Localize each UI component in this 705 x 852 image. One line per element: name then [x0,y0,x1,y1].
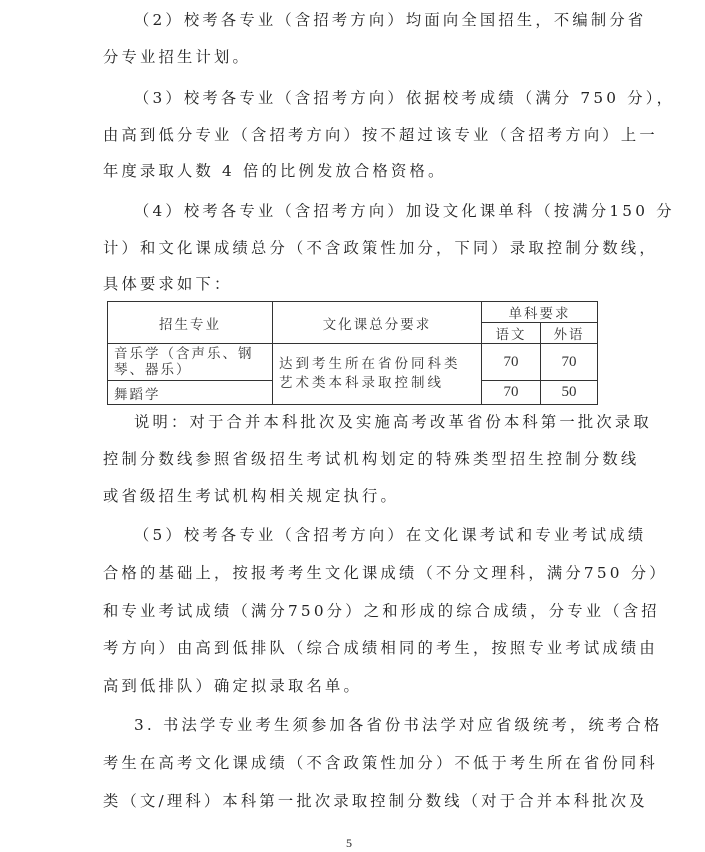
text-line: 计）和文化课成绩总分（不含政策性加分，下同）录取控制分数线， [103,238,603,258]
header-chinese: 语文 [482,323,541,344]
header-foreign: 外语 [541,323,598,344]
text-line: 类（文/理科）本科第一批次录取控制分数线（对于合并本科批次及 [103,791,603,811]
text-line: （3）校考各专业（含招考方向）依据校考成绩（满分 750 分）， [134,88,634,108]
row-foreign: 70 [541,344,598,381]
requirements-table: 招生专业 文化课总分要求 单科要求 语文 外语 音乐学（含声乐、钢琴、器乐） 达… [107,301,598,405]
row-major: 舞蹈学 [108,381,273,405]
text-line: 具体要求如下： [103,274,603,294]
text-line: 3. 书法学专业考生须参加各省份书法学对应省级统考，统考合格 [134,715,634,735]
text-line: （2）校考各专业（含招考方向）均面向全国招生，不编制分省 [134,10,634,30]
text-line: 控制分数线参照省级招生考试机构划定的特殊类型招生控制分数线 [103,449,603,469]
header-single: 单科要求 [482,302,598,323]
text-line: 或省级招生考试机构相关规定执行。 [103,486,603,506]
text-line: 高到低排队）确定拟录取名单。 [103,676,603,696]
total-requirement: 达到考生所在省份同科类艺术类本科录取控制线 [273,344,482,405]
header-major: 招生专业 [108,302,273,344]
text-line: 年度录取人数 4 倍的比例发放合格资格。 [103,161,603,181]
row-chinese: 70 [482,381,541,405]
text-line: （4）校考各专业（含招考方向）加设文化课单科（按满分150 分 [134,201,634,221]
text-line: 由高到低分专业（含招考方向）按不超过该专业（含招考方向）上一 [103,125,603,145]
text-line: 考生在高考文化课成绩（不含政策性加分）不低于考生所在省份同科 [103,753,603,773]
row-chinese: 70 [482,344,541,381]
row-major: 音乐学（含声乐、钢琴、器乐） [108,344,273,381]
row-foreign: 50 [541,381,598,405]
page-number: 5 [346,836,352,851]
text-line: （5）校考各专业（含招考方向）在文化课考试和专业考试成绩 [134,525,634,545]
text-line: 考方向）由高到低排队（综合成绩相同的考生，按照专业考试成绩由 [103,638,603,658]
text-line: 分专业招生计划。 [103,47,603,67]
text-line: 说明：对于合并本科批次及实施高考改革省份本科第一批次录取 [134,412,634,432]
text-line: 合格的基础上，按报考考生文化课成绩（不分文理科，满分750 分） [103,563,603,583]
text-line: 和专业考试成绩（满分750分）之和形成的综合成绩，分专业（含招 [103,601,603,621]
header-total: 文化课总分要求 [273,302,482,344]
